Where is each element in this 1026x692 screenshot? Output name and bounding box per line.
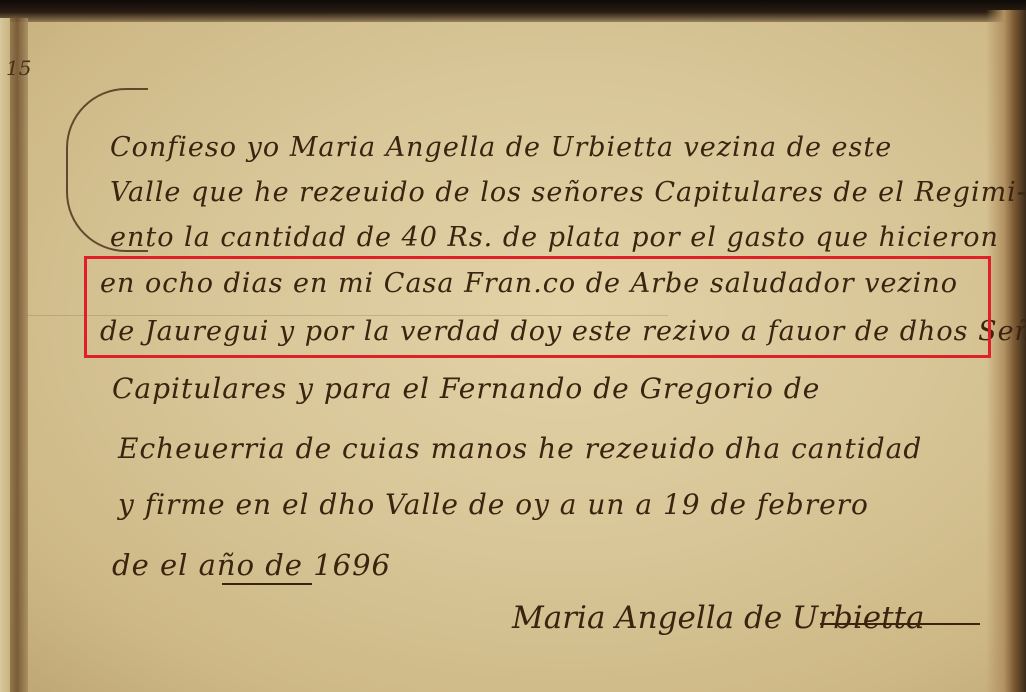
manuscript-line-6: Capitulares y para el Fernando de Gregor… xyxy=(112,372,820,405)
highlight-annotation-box xyxy=(84,256,991,358)
facing-page-edge xyxy=(0,18,10,692)
folio-number: 15 xyxy=(6,56,31,80)
manuscript-line-1: Confieso yo Maria Angella de Urbietta ve… xyxy=(110,132,892,163)
manuscript-line-8: y firme en el dho Valle de oy a un a 19 … xyxy=(118,488,869,521)
manuscript-line-3: ento la cantidad de 40 Rs. de plata por … xyxy=(110,222,999,253)
manuscript-page: 15 Confieso yo Maria Angella de Urbietta… xyxy=(0,0,1026,692)
manuscript-line-2: Valle que he rezeuido de los señores Cap… xyxy=(110,177,1026,208)
manuscript-line-7: Echeuerria de cuias manos he rezeuido dh… xyxy=(118,432,922,465)
signature: Maria Angella de Urbietta xyxy=(512,600,925,636)
signature-flourish xyxy=(820,623,980,625)
manuscript-line-9-date: de el año de 1696 xyxy=(112,548,391,582)
page-top-shadow xyxy=(0,0,1026,22)
date-underline xyxy=(222,583,312,585)
binding-gutter xyxy=(10,18,28,692)
worn-right-edge xyxy=(986,10,1026,692)
